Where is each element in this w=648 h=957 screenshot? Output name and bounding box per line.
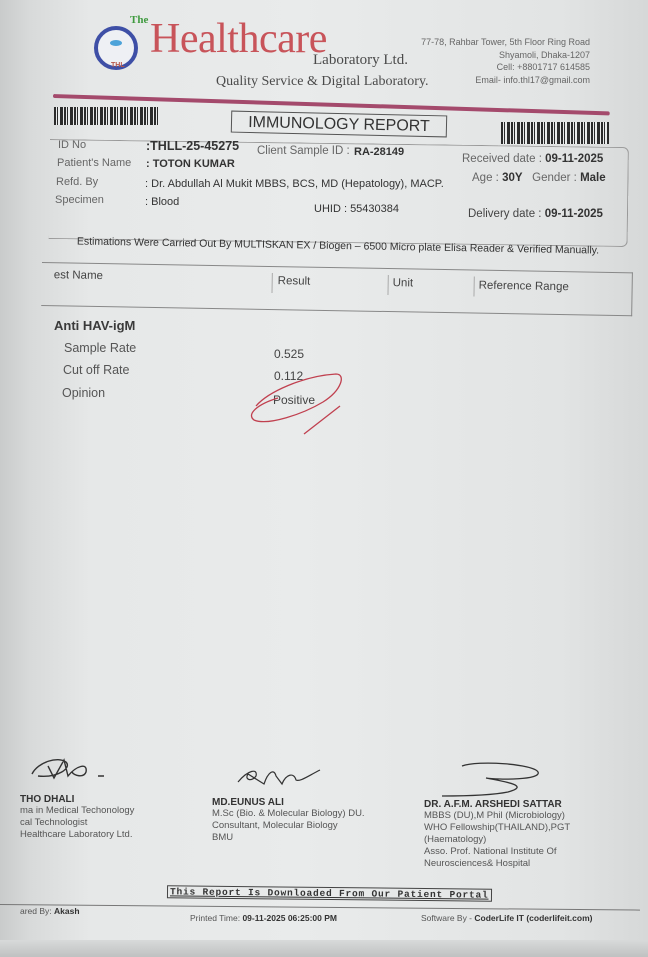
row-label-sample-rate: Sample Rate [64, 341, 136, 355]
patient-name-label: Patient's Name [57, 157, 131, 169]
address-line: 77-78, Rahbar Tower, 5th Floor Ring Road [421, 36, 590, 49]
signature-3 [438, 758, 548, 798]
handwritten-circle-annotation [248, 368, 348, 438]
prepared-by: ared By: Akash [20, 906, 80, 916]
specimen-value: : Blood [145, 196, 179, 208]
col-divider [271, 273, 272, 293]
signatory-2: MD.EUNUS ALI M.Sc (Bio. & Molecular Biol… [212, 797, 365, 844]
signatory-1: THO DHALI ma in Medical Techonology cal … [20, 794, 134, 841]
address-line: Shyamoli, Dhaka-1207 [421, 49, 590, 62]
delivery-date: Delivery date : 09-11-2025 [468, 208, 603, 220]
brand-subtitle: Laboratory Ltd. [313, 52, 408, 69]
uhid: UHID : 55430384 [314, 203, 399, 215]
lab-address: 77-78, Rahbar Tower, 5th Floor Ring Road… [421, 36, 590, 86]
barcode-left [54, 107, 160, 125]
row-value-sample-rate: 0.525 [274, 347, 304, 361]
client-sample-label: Client Sample ID : [257, 145, 350, 157]
logo-mark-text: THL [111, 62, 125, 69]
col-result: Result [278, 275, 311, 288]
col-reference-range: Reference Range [479, 280, 569, 294]
portal-note: This Report Is Downloaded From Our Patie… [167, 885, 492, 901]
signature-2 [234, 762, 324, 792]
specimen-label: Specimen [55, 194, 104, 206]
row-label-cutoff-rate: Cut off Rate [63, 363, 129, 377]
page-edge-shadow [0, 940, 648, 957]
printed-time: Printed Time: 09-11-2025 06:25:00 PM [190, 913, 337, 923]
test-name: Anti HAV-igM [54, 318, 135, 333]
row-label-opinion: Opinion [62, 386, 105, 400]
patient-name-value: : TOTON KUMAR [146, 158, 235, 170]
col-divider [473, 277, 474, 297]
footer-divider [0, 904, 640, 911]
signature-1 [28, 752, 118, 788]
col-test-name: est Name [54, 269, 103, 282]
brand-name: Healthcare [150, 18, 327, 60]
brand-the: The [130, 14, 148, 26]
id-label: ID No [58, 139, 86, 151]
address-line: Cell: +8801717 614585 [421, 61, 590, 74]
refd-label: Refd. By [56, 176, 98, 188]
col-unit: Unit [393, 277, 414, 289]
received-date: Received date : 09-11-2025 [462, 153, 603, 165]
barcode-right [501, 122, 609, 144]
signatory-3: DR. A.F.M. ARSHEDI SATTAR MBBS (DU),M Ph… [424, 799, 570, 870]
client-sample-value: RA-28149 [354, 146, 404, 158]
tagline: Quality Service & Digital Laboratory. [216, 74, 429, 90]
software-credit: Software By - CoderLife IT (coderlifeit.… [421, 913, 592, 923]
refd-value: : Dr. Abdullah Al Mukit MBBS, BCS, MD (H… [145, 178, 444, 190]
col-divider [387, 275, 388, 295]
id-value: :THLL-25-45275 [146, 139, 239, 153]
address-line: Email- info.thl17@gmail.com [421, 74, 590, 87]
age-gender: Age : 30Y Gender : Male [472, 172, 606, 184]
results-table-header: est Name Result Unit Reference Range [41, 262, 633, 316]
report-title: IMMUNOLOGY REPORT [231, 111, 447, 138]
